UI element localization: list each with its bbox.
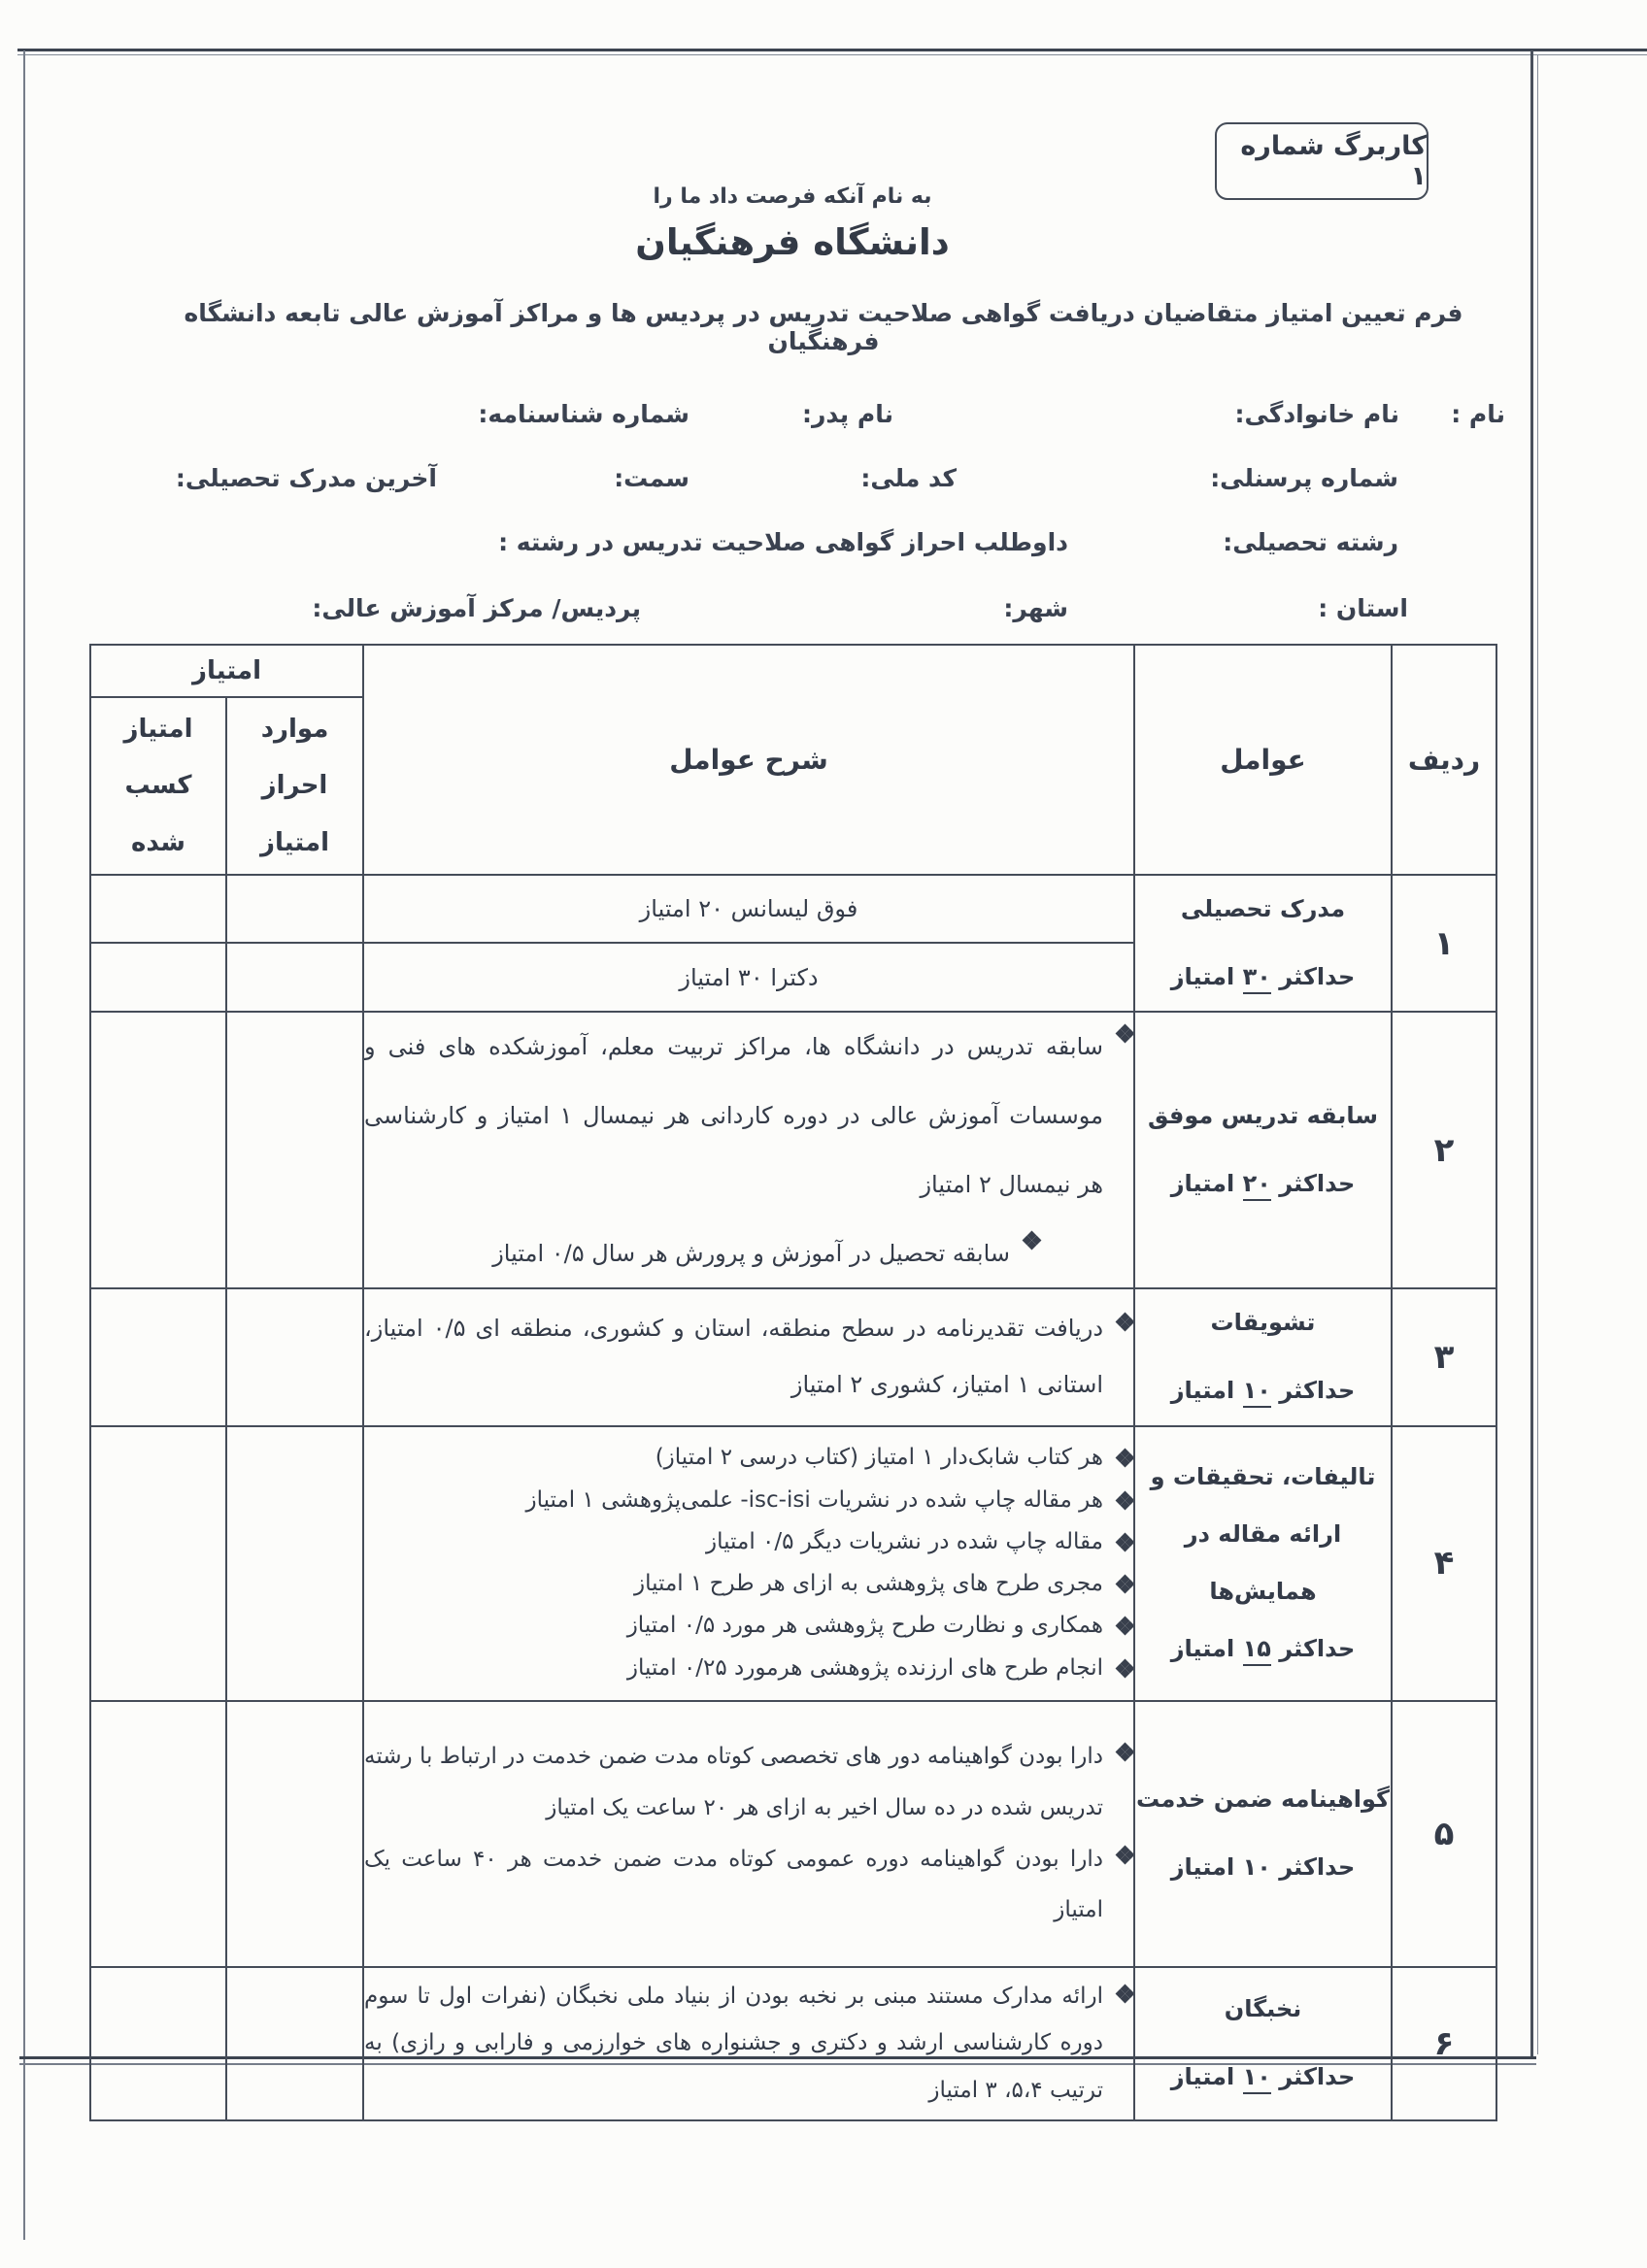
diamond-bullet-icon (1117, 1618, 1133, 1634)
bullet-text: دارا بودن گواهینامه دوره عمومی کوتاه مدت… (364, 1834, 1103, 1937)
factor-title: نخبگان (1225, 1995, 1302, 2022)
factor-title-line2: ارائه مقاله در همایش‌ها (1185, 1520, 1341, 1605)
field-label-campus: پردیس/ مرکز آموزش عالی: (312, 594, 641, 622)
scanned-form-page: کاربرگ شماره ۱ به نام آنکه فرصت داد ما ر… (0, 0, 1647, 2268)
score-earned-cell (90, 1288, 226, 1425)
score-earned-cell (90, 1426, 226, 1701)
bullet-item: هر کتاب شابک‌دار ۱ امتیاز (کتاب درسی ۲ ا… (364, 1437, 1133, 1479)
score-earned-cell (90, 1967, 226, 2120)
factor-max-suffix: امتیاز (1171, 1170, 1235, 1197)
page-top-border-inner (17, 54, 1647, 55)
page-left-border (23, 50, 25, 2240)
page-right-border (1530, 50, 1533, 2058)
bullet-text: هر کتاب شابک‌دار ۱ امتیاز (کتاب درسی ۲ ا… (364, 1437, 1103, 1479)
header-factors-desc: شرح عوامل (363, 645, 1134, 875)
bullet-item: همکاری و نظارت طرح پژوهشی هر مورد ۰/۵ ام… (364, 1605, 1133, 1647)
header-factors: عوامل (1134, 645, 1392, 875)
factor-title: سابقه تدریس موفق (1148, 1102, 1378, 1129)
factor-max-suffix: امتیاز (1171, 1635, 1235, 1662)
bullet-item: انجام طرح های ارزنده پژوهشی هرمورد ۰/۲۵ … (364, 1648, 1133, 1689)
factor-cell: سابقه تدریس موفق حداکثر ۲۰ امتیاز (1134, 1012, 1392, 1288)
factor-max-value: ۱۰ (1243, 1377, 1271, 1408)
factor-title: تشویقات (1211, 1309, 1316, 1336)
factor-max-suffix: امتیاز (1171, 2063, 1235, 2090)
field-label-national-code: کد ملی: (860, 464, 957, 492)
factor-max-value: ۱۰ (1243, 2063, 1271, 2094)
worksheet-number-box: کاربرگ شماره ۱ (1215, 122, 1429, 200)
factor-max-suffix: امتیاز (1171, 1377, 1235, 1404)
field-label-father-name: نام پدر: (802, 400, 893, 428)
diamond-bullet-icon (1117, 1985, 1133, 2002)
diamond-bullet-icon (1117, 1314, 1133, 1330)
factor-max-prefix: حداکثر (1279, 2063, 1355, 2090)
factor-cell: مدرک تحصیلی حداکثر ۳۰ امتیاز (1134, 875, 1392, 1012)
row-number: ۶ (1392, 1967, 1496, 2120)
bullet-item: دارا بودن گواهینامه دور های تخصصی کوتاه … (364, 1731, 1133, 1834)
diamond-bullet-icon (1117, 1576, 1133, 1592)
score-cases-cell (226, 1701, 363, 1967)
diamond-bullet-icon (1117, 1492, 1133, 1509)
header-score: امتیاز (90, 645, 363, 697)
bullet-item: مجری طرح های پژوهشی به ازای هر طرح ۱ امت… (364, 1563, 1133, 1605)
description-cell: دکترا ۳۰ امتیاز (363, 943, 1134, 1012)
header-score-earned: امتیاز کسب شده (90, 697, 226, 875)
field-label-last-degree: آخرین مدرک تحصیلی: (176, 464, 437, 492)
factor-max-prefix: حداکثر (1279, 963, 1355, 990)
bullet-text: دریافت تقدیرنامه در سطح منطقه، استان و ک… (364, 1301, 1103, 1413)
bullet-text: سابقه تحصیل در آموزش و پرورش هر سال ۰/۵ … (364, 1219, 1010, 1288)
bullet-item: هر مقاله چاپ شده در نشریات isc-isi- علمی… (364, 1480, 1133, 1521)
field-label-name: نام : (1451, 400, 1505, 428)
factor-title: تالیفات، تحقیقات و (1151, 1463, 1376, 1490)
field-label-study-field: رشته تحصیلی: (1223, 528, 1398, 556)
factor-cell: تالیفات، تحقیقات و ارائه مقاله در همایش‌… (1134, 1426, 1392, 1701)
bullet-item: سابقه تدریس در دانشگاه ها، مراکز تربیت م… (364, 1013, 1133, 1218)
header-row-no: ردیف (1392, 645, 1496, 875)
factor-max-value: ۲۰ (1243, 1170, 1271, 1201)
bullet-text: مجری طرح های پژوهشی به ازای هر طرح ۱ امت… (364, 1563, 1103, 1605)
score-cases-cell (226, 1426, 363, 1701)
page-right-border-inner (1537, 54, 1538, 2054)
form-title: فرم تعیین امتیاز متقاضیان دریافت گواهی ص… (146, 299, 1501, 355)
field-label-city: شهر: (1003, 594, 1068, 622)
diamond-bullet-icon (1117, 1660, 1133, 1677)
score-cases-cell (226, 1288, 363, 1425)
score-cases-cell (226, 943, 363, 1012)
bullet-item: دریافت تقدیرنامه در سطح منطقه، استان و ک… (364, 1301, 1133, 1413)
factor-cell: نخبگان حداکثر ۱۰ امتیاز (1134, 1967, 1392, 2120)
factor-max-value: ۱۰ (1243, 1853, 1271, 1881)
bullet-text: همکاری و نظارت طرح پژوهشی هر مورد ۰/۵ ام… (364, 1605, 1103, 1647)
field-label-birth-cert-no: شماره شناسنامه: (478, 400, 689, 428)
bullet-text: انجام طرح های ارزنده پژوهشی هرمورد ۰/۲۵ … (364, 1648, 1103, 1689)
diamond-bullet-icon (1024, 1232, 1040, 1249)
bullet-item: دارا بودن گواهینامه دوره عمومی کوتاه مدت… (364, 1834, 1133, 1937)
description-cell: دریافت تقدیرنامه در سطح منطقه، استان و ک… (363, 1288, 1134, 1425)
factor-cell: تشویقات حداکثر ۱۰ امتیاز (1134, 1288, 1392, 1425)
row-number: ۵ (1392, 1701, 1496, 1967)
bullet-item: سابقه تحصیل در آموزش و پرورش هر سال ۰/۵ … (364, 1219, 1133, 1288)
description-cell: سابقه تدریس در دانشگاه ها، مراکز تربیت م… (363, 1012, 1134, 1288)
score-earned-cell (90, 1701, 226, 1967)
header-score-cases: موارد احراز امتیاز (226, 697, 363, 875)
score-cases-cell (226, 875, 363, 943)
bullet-text: ارائه مدارک مستند مبنی بر نخبه بودن از ب… (364, 1973, 1103, 2114)
score-cases-cell (226, 1012, 363, 1288)
field-label-family-name: نام خانوادگی: (1235, 400, 1400, 428)
factor-max-prefix: حداکثر (1279, 1170, 1355, 1197)
university-title: دانشگاه فرهنگیان (404, 221, 1181, 263)
table-row: ۳ تشویقات حداکثر ۱۰ امتیاز دریافت تقدیرن… (90, 1288, 1496, 1425)
diamond-bullet-icon (1117, 1534, 1133, 1551)
bismillah-line: به نام آنکه فرصت داد ما را (404, 184, 1181, 209)
bullet-text: مقاله چاپ شده در نشریات دیگر ۰/۵ امتیاز (364, 1521, 1103, 1563)
bullet-text: هر مقاله چاپ شده در نشریات isc-isi- علمی… (364, 1480, 1103, 1521)
bullet-text: سابقه تدریس در دانشگاه ها، مراکز تربیت م… (364, 1013, 1103, 1218)
factor-max-prefix: حداکثر (1279, 1377, 1355, 1404)
score-cases-cell (226, 1967, 363, 2120)
bullet-text: دارا بودن گواهینامه دور های تخصصی کوتاه … (364, 1731, 1103, 1834)
field-label-province: استان : (1318, 594, 1408, 622)
diamond-bullet-icon (1117, 1847, 1133, 1863)
diamond-bullet-icon (1117, 1450, 1133, 1466)
score-earned-cell (90, 1012, 226, 1288)
score-table: ردیف عوامل شرح عوامل امتیاز موارد احراز … (89, 644, 1497, 2121)
diamond-bullet-icon (1117, 1025, 1133, 1042)
bullet-item: مقاله چاپ شده در نشریات دیگر ۰/۵ امتیاز (364, 1521, 1133, 1563)
factor-title: مدرک تحصیلی (1181, 895, 1345, 922)
bullet-item: ارائه مدارک مستند مبنی بر نخبه بودن از ب… (364, 1973, 1133, 2114)
table-row: ۲ سابقه تدریس موفق حداکثر ۲۰ امتیاز سابق… (90, 1012, 1496, 1288)
row-number: ۲ (1392, 1012, 1496, 1288)
factor-max-prefix: حداکثر (1279, 1635, 1355, 1662)
row-number: ۱ (1392, 875, 1496, 1012)
worksheet-number-label: کاربرگ شماره ۱ (1217, 131, 1427, 191)
factor-max-suffix: امتیاز (1171, 1853, 1235, 1881)
field-label-personnel-no: شماره پرسنلی: (1210, 464, 1398, 492)
description-cell: دارا بودن گواهینامه دور های تخصصی کوتاه … (363, 1701, 1134, 1967)
table-row: ۶ نخبگان حداکثر ۱۰ امتیاز ارائه مدارک مس… (90, 1967, 1496, 2120)
description-cell: ارائه مدارک مستند مبنی بر نخبه بودن از ب… (363, 1967, 1134, 2120)
field-label-applicant-for: داوطلب احراز گواهی صلاحیت تدریس در رشته … (498, 528, 1068, 556)
description-cell: فوق لیسانس ۲۰ امتیاز (363, 875, 1134, 943)
description-cell: هر کتاب شابک‌دار ۱ امتیاز (کتاب درسی ۲ ا… (363, 1426, 1134, 1701)
row-number: ۴ (1392, 1426, 1496, 1701)
factor-cell: گواهینامه ضمن خدمت حداکثر ۱۰ امتیاز (1134, 1701, 1392, 1967)
factor-max-suffix: امتیاز (1171, 963, 1235, 990)
score-earned-cell (90, 875, 226, 943)
field-label-position: سمت: (614, 464, 689, 492)
factor-max-prefix: حداکثر (1279, 1853, 1355, 1881)
diamond-bullet-icon (1117, 1744, 1133, 1760)
row-number: ۳ (1392, 1288, 1496, 1425)
score-earned-cell (90, 943, 226, 1012)
table-row: ۵ گواهینامه ضمن خدمت حداکثر ۱۰ امتیاز دا… (90, 1701, 1496, 1967)
table-row: ۴ تالیفات، تحقیقات و ارائه مقاله در همای… (90, 1426, 1496, 1701)
table-row: ۱ مدرک تحصیلی حداکثر ۳۰ امتیاز فوق لیسان… (90, 875, 1496, 943)
factor-max-value: ۳۰ (1243, 963, 1271, 994)
factor-max-value: ۱۵ (1243, 1635, 1271, 1666)
page-top-border (17, 49, 1647, 51)
factor-title: گواهینامه ضمن خدمت (1136, 1785, 1390, 1813)
